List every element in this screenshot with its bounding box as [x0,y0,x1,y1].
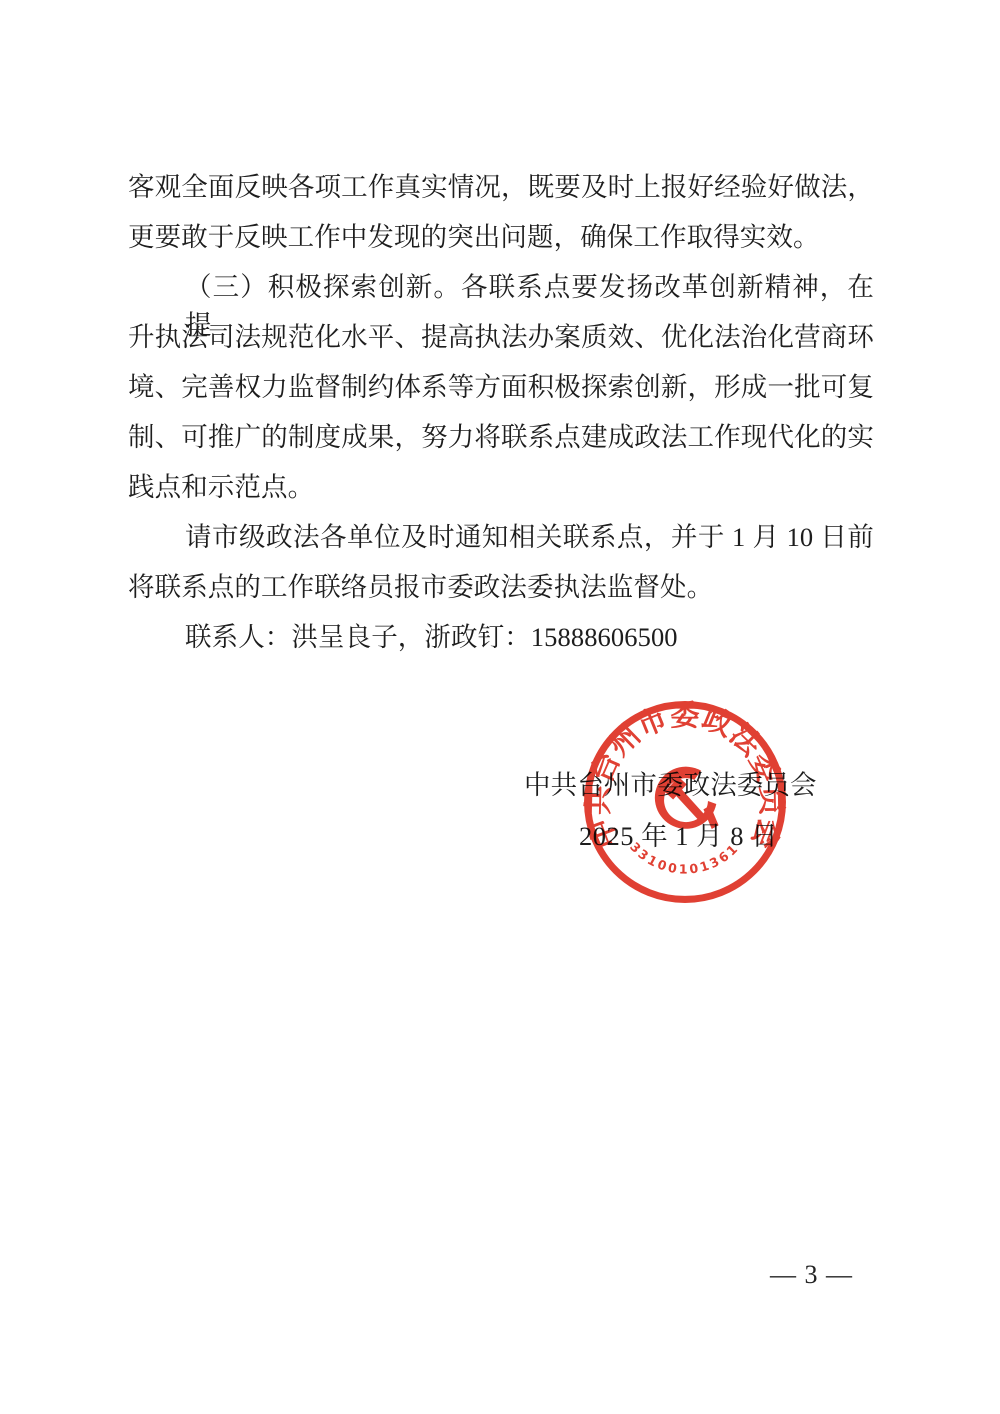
official-seal: 中共台州市委政法委员会 3310010136109 [582,699,788,905]
body-line: 请市级政法各单位及时通知相关联系点，并于 1 月 10 日前 [185,518,874,556]
body-line: 制、可推广的制度成果，努力将联系点建成政法工作现代化的实 [128,418,874,456]
body-line: 更要敢于反映工作中发现的突出问题，确保工作取得实效。 [128,218,820,256]
document-page: 客观全面反映各项工作真实情况，既要及时上报好经验好做法， 更要敢于反映工作中发现… [0,0,1000,1414]
official-seal-graphic: 中共台州市委政法委员会 3310010136109 [582,699,788,905]
body-line: 境、完善权力监督制约体系等方面积极探索创新，形成一批可复 [128,368,874,406]
body-line: 升执法司法规范化水平、提高执法办案质效、优化法治化营商环 [128,318,874,356]
hammer-and-sickle-icon [655,767,719,829]
contact-line: 联系人：洪呈良子，浙政钉：15888606500 [185,618,678,656]
page-number: — 3 — [770,1258,853,1292]
body-line: 将联系点的工作联络员报市委政法委执法监督处。 [128,568,713,606]
body-line: 践点和示范点。 [128,468,314,506]
body-line: 客观全面反映各项工作真实情况，既要及时上报好经验好做法， [128,168,874,206]
